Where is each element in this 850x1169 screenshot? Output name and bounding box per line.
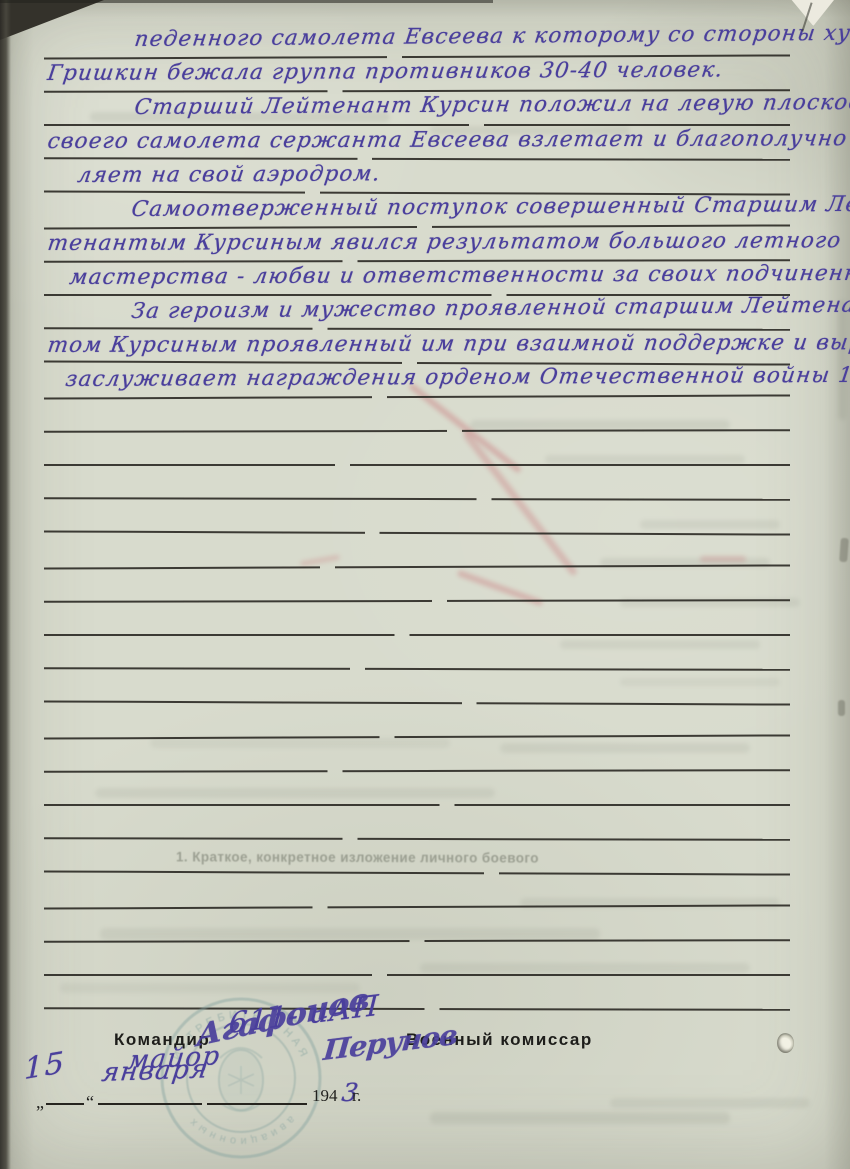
- bleed-through-form-line: 1. Краткое, конкретное изложение личного…: [176, 849, 539, 865]
- ruled-line: [44, 667, 790, 671]
- ruled-line: [44, 157, 790, 161]
- red-pencil-mark: [700, 556, 746, 562]
- handwritten-line: Старший Лейтенант Курсин положил на леву…: [133, 90, 850, 120]
- date-line-segment: [46, 1103, 84, 1105]
- date-line-segment: [207, 1103, 307, 1105]
- ruled-line: [44, 769, 790, 773]
- year-printed: 194: [312, 1086, 338, 1106]
- ruled-line: [44, 939, 790, 943]
- year-suffix: г.: [352, 1086, 361, 1106]
- handwritten-line: педенного самолета Евсеева к которому со…: [133, 20, 850, 52]
- edge-nick: [838, 700, 845, 716]
- bleed-through-smudge: [430, 1112, 730, 1124]
- bleed-through-smudge: [640, 520, 780, 529]
- bleed-through-smudge: [100, 928, 600, 940]
- top-edge-shadow: [0, 0, 493, 3]
- close-quote: “: [86, 1092, 94, 1113]
- left-edge-shadow: [0, 0, 11, 1169]
- ruled-line: [44, 497, 790, 501]
- ruled-line: [44, 564, 790, 569]
- corner-shadow-top-left: [0, 0, 104, 40]
- ruled-line: [44, 124, 790, 126]
- handwritten-line: Гришкин бежала группа противников 30-40 …: [46, 57, 725, 86]
- paper-hole: [777, 1033, 794, 1053]
- handwritten-line: мастерства - любви и ответственности за …: [68, 261, 850, 290]
- ruled-line: [44, 870, 790, 875]
- ruled-line: [44, 837, 790, 841]
- stamp-rim-text-bottom: авиационных: [185, 1113, 297, 1147]
- handwritten-line: За героизм и мужество проявленной старши…: [130, 292, 850, 324]
- handwritten-line: том Курсиным проявленный им при взаимной…: [46, 330, 850, 358]
- bleed-through-smudge: [838, 300, 846, 420]
- ruled-line: [44, 700, 790, 705]
- handwritten-line: тенантым Курсиным явился результатом бол…: [46, 228, 843, 256]
- edge-nick: [839, 538, 849, 562]
- ruled-line: [44, 974, 790, 976]
- bleed-through-smudge: [545, 455, 745, 464]
- bleed-through-smudge: [95, 788, 495, 798]
- handwritten-month: января: [100, 1054, 210, 1088]
- ruled-line: [44, 530, 790, 535]
- bleed-through-smudge: [420, 963, 750, 973]
- bleed-through-smudge: [560, 640, 760, 649]
- bleed-through-smudge: [500, 743, 750, 753]
- handwritten-day: 15: [24, 1045, 65, 1087]
- ruled-line: [44, 429, 790, 433]
- ruled-line: [44, 804, 790, 806]
- red-pencil-mark: [462, 430, 578, 576]
- bleed-through-smudge: [610, 1098, 810, 1108]
- scanned-document: 1. Краткое, конкретное изложение личного…: [0, 0, 850, 1169]
- red-pencil-mark: [300, 555, 340, 567]
- ruled-line: [44, 634, 790, 636]
- paper-sheet: 1. Краткое, конкретное изложение личного…: [0, 0, 850, 1169]
- handwritten-line: ляет на свой аэродром.: [76, 161, 382, 188]
- open-quote: „: [36, 1092, 44, 1113]
- ruled-line: [44, 1007, 790, 1011]
- ruled-line: [44, 464, 790, 466]
- handwritten-line: своего самолета сержанта Евсеева взлетае…: [46, 126, 850, 154]
- bleed-through-smudge: [620, 678, 780, 686]
- handwritten-line: заслуживает награждения орденом Отечеств…: [64, 362, 850, 392]
- ruled-line: [44, 394, 790, 399]
- date-line-segment: [98, 1103, 202, 1105]
- handwritten-line: Самоотверженный поступок совершенный Ста…: [130, 192, 850, 222]
- svg-text:авиационных: авиационных: [185, 1113, 297, 1147]
- bleed-through-smudge: [150, 738, 450, 748]
